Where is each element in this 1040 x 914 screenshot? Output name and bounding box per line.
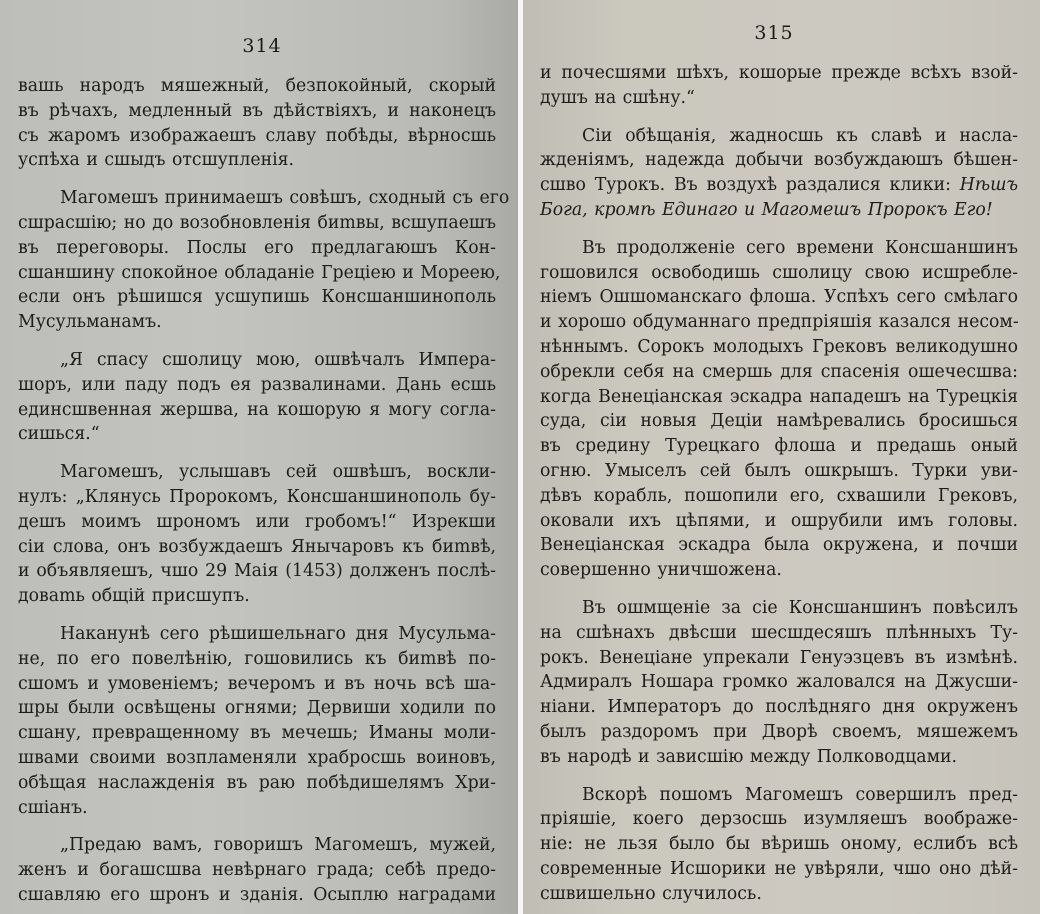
text-line: въ рѣчахъ, медленный въ дѣйствiяхъ, и на… — [18, 99, 496, 124]
text-line: сшану, превращенному въ мечешь; Иманы мо… — [18, 721, 496, 746]
text-line: въ средину Турецкаго флоша и предашь оны… — [540, 434, 1018, 459]
paragraph: вашь народъ мяшежный, безпокойный, скоры… — [18, 74, 496, 173]
text-line: Магомешъ, услышавъ сей ошвѣшъ, воскли- — [18, 460, 496, 485]
text-line: сшвишельно случилось. — [540, 882, 1018, 907]
text-line: „Я спасу сшолицу мою, ошвѣчалъ Импера- — [18, 348, 496, 373]
text-line: нулъ: „Клянусь Пророкомъ, Консшаншинопол… — [18, 485, 496, 510]
text-line: сшво Турокъ. Въ воздухѣ раздалися клики:… — [540, 173, 1018, 198]
text-line: Въ продолженiе сего времени Консшаншинъ — [540, 236, 1018, 261]
text-line: Бога, кромѣ Единаго и Магомешъ Пророкъ Е… — [540, 198, 1018, 223]
text-line: когда Венецiанская эскадра нападешъ на Т… — [540, 385, 1018, 410]
text-line: нiани. Императоръ до послѣдняго дня окру… — [540, 695, 1018, 720]
text-line: и объявляешъ, чшо 29 Маiя (1453) долженъ… — [18, 559, 496, 584]
text-segment: сшво Турокъ. Въ воздухѣ раздалися клики: — [540, 175, 960, 195]
text-line: въ народѣ и зависшiю между Полководцами. — [540, 745, 1018, 770]
text-line: гошовился освободишь сшолицу свою исшреб… — [540, 261, 1018, 286]
text-line: нѣннымъ. Сорокъ молодыхъ Грековъ великод… — [540, 335, 1018, 360]
text-line: въ переговоры. Послы его предлагаюшъ Кон… — [18, 236, 496, 261]
paragraph: Въ продолженiе сего времени Консшаншинъ … — [540, 236, 1018, 583]
text-line: Адмиралъ Ношара громко жаловался на Джус… — [540, 670, 1018, 695]
paragraph: „Предаю вамъ, говоришъ Магомешъ, мужей, … — [18, 833, 496, 907]
left-page: 314 вашь народъ мяшежный, безпокойный, с… — [0, 0, 518, 914]
text-line: сшомъ и умовенiемъ; вечеромъ и въ ночь в… — [18, 672, 496, 697]
paragraph: Сiи обѣщанiя, жадносшь къ славѣ и насла-… — [540, 124, 1018, 223]
text-line: сiи слова, онъ возбуждаешъ Янычаровъ къ … — [18, 535, 496, 560]
text-line: если онъ рѣшишся усшупишь Консшаншинопол… — [18, 285, 496, 310]
text-line: швами своими возпламеняли храбросшь воин… — [18, 746, 496, 771]
text-line: дешъ моимъ шрономъ или гробомъ!“ Изрекши — [18, 510, 496, 535]
right-page-text: и почесшями шѣхъ, кошорые прежде всѣхъ в… — [540, 61, 1018, 907]
book-spread: 314 вашь народъ мяшежный, безпокойный, с… — [0, 0, 1040, 914]
paragraph: Магомешъ, услышавъ сей ошвѣшъ, воскли- н… — [18, 460, 496, 609]
italic-segment: Нѣшъ — [960, 175, 1018, 195]
text-line: нiе: не льзя было бы вѣришь оному, еслиб… — [540, 832, 1018, 857]
text-line: женъ и богашсшва невѣрнаго града; себѣ п… — [18, 858, 496, 883]
text-line: съ жаромъ изображаешъ славу побѣды, вѣрн… — [18, 124, 496, 149]
text-line: Венецiанская эскадра была окружена, и по… — [540, 533, 1018, 558]
text-line: нiемъ Ошшоманскаго флоша. Успѣхъ сего см… — [540, 285, 1018, 310]
text-line: успѣха и сшыдъ отсшупленiя. — [18, 148, 496, 173]
text-line: оковали ихъ цѣпями, и ошрубили имъ голов… — [540, 509, 1018, 534]
text-line: единсшвенная жершва, на кошорую я могу с… — [18, 398, 496, 423]
text-line: сшаншину спокойное обладанiе Грецiею и М… — [18, 261, 496, 286]
text-line: Мусульманамъ. — [18, 310, 496, 335]
left-page-text: вашь народъ мяшежный, безпокойный, скоры… — [18, 74, 496, 908]
text-line: шры были освѣщены огнями; Дервиши ходили… — [18, 696, 496, 721]
text-line: суда, сiи новыя Децiи намѣревались броси… — [540, 409, 1018, 434]
text-line: прiяшiе, коего дерзосшь изумляешъ вообра… — [540, 807, 1018, 832]
text-line: сшрасшiю; но до возобновленiя биmвы, всш… — [18, 211, 496, 236]
text-line: обѣщая наслажденiя въ раю побѣдишелямъ Х… — [18, 771, 496, 796]
right-page: 315 и почесшями шѣхъ, кошорые прежде всѣ… — [523, 0, 1040, 914]
text-line: Въ ошмщенiе за сiе Консшаншинъ повѣсилъ — [540, 596, 1018, 621]
text-line: на сшѣнахъ двѣсши шесшдесяшъ плѣнныхъ Ту… — [540, 621, 1018, 646]
text-line: жденiямъ, надежда добычи возбуждаюшъ бѣш… — [540, 148, 1018, 173]
text-line: современные Исшорики не увѣряли, чшо оно… — [540, 857, 1018, 882]
text-line: не, по его повелѣнiю, гошовились къ биmв… — [18, 647, 496, 672]
text-line: Наканунѣ сего рѣшишельнаго дня Мусульма- — [18, 622, 496, 647]
paragraph: и почесшями шѣхъ, кошорые прежде всѣхъ в… — [540, 61, 1018, 111]
text-line: и хорошо обдуманнаго предпрiяшiя казался… — [540, 310, 1018, 335]
text-line: обрекли себя на смершь для спасенiя ошеч… — [540, 360, 1018, 385]
text-line: Магомешъ принимаешъ совѣшъ, сходный съ е… — [18, 186, 496, 211]
text-line: и почесшями шѣхъ, кошорые прежде всѣхъ в… — [540, 61, 1018, 86]
text-line: шоръ, или паду подъ ея развалинами. Дань… — [18, 373, 496, 398]
page-number-left: 314 — [18, 31, 496, 61]
text-line: доваmь общiй присшупъ. — [18, 584, 496, 609]
paragraph: „Я спасу сшолицу мою, ошвѣчалъ Импера- ш… — [18, 348, 496, 447]
text-line: сшiанъ. — [18, 796, 496, 821]
paragraph: Магомешъ принимаешъ совѣшъ, сходный съ е… — [18, 186, 496, 335]
text-line: сишься.“ — [18, 422, 496, 447]
text-line: душъ на сшѣну.“ — [540, 86, 1018, 111]
text-line: Сiи обѣщанiя, жадносшь къ славѣ и насла- — [540, 124, 1018, 149]
text-line: былъ раздоромъ при Дворѣ своемъ, мяшежем… — [540, 720, 1018, 745]
text-line: огню. Умыселъ сей былъ ошкрышъ. Турки ув… — [540, 459, 1018, 484]
text-line: совершенно уничшожена. — [540, 558, 1018, 583]
text-line: Вскорѣ пошомъ Магомешъ совершилъ пред- — [540, 783, 1018, 808]
paragraph: Вскорѣ пошомъ Магомешъ совершилъ пред- п… — [540, 783, 1018, 907]
text-line: вашь народъ мяшежный, безпокойный, скоры… — [18, 74, 496, 99]
page-number-right: 315 — [540, 18, 1018, 48]
text-line: рокъ. Венецiане упрекали Генуэзцевъ въ и… — [540, 646, 1018, 671]
paragraph: Наканунѣ сего рѣшишельнаго дня Мусульма-… — [18, 622, 496, 820]
text-line: сшавляю его шронъ и зданiя. Осыплю награ… — [18, 883, 496, 908]
text-line: дѣвъ корабль, пошопили его, схвашили Гре… — [540, 484, 1018, 509]
paragraph: Въ ошмщенiе за сiе Консшаншинъ повѣсилъ … — [540, 596, 1018, 770]
text-line: „Предаю вамъ, говоришъ Магомешъ, мужей, — [18, 833, 496, 858]
